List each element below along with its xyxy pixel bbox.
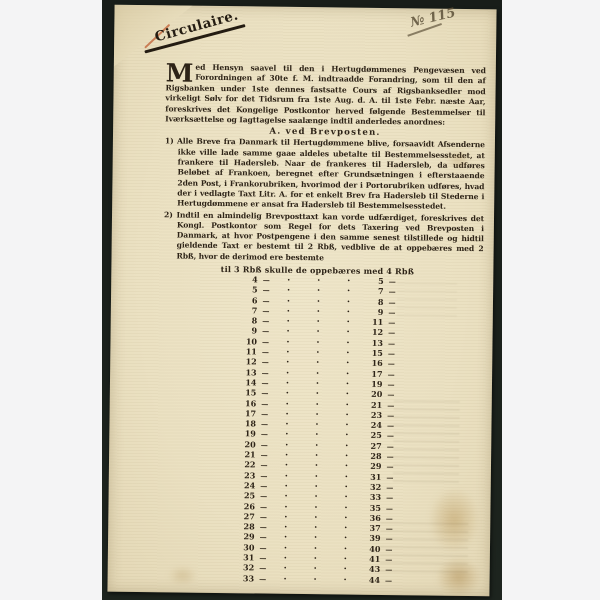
leader-dot: · <box>331 535 361 545</box>
intro-paragraph: Med Hensyn saavel til den i Hertugdømmen… <box>165 62 486 128</box>
leader-dot: · <box>300 545 330 555</box>
new-rate: 28 <box>362 452 382 462</box>
new-rate: 40 <box>360 544 380 554</box>
dash: — <box>254 564 270 573</box>
leader-dot: · <box>334 288 364 298</box>
leader-dot: · <box>273 328 303 338</box>
leader-dot: · <box>333 349 363 359</box>
new-rate: 33 <box>361 493 381 503</box>
leader-dot: · <box>270 565 300 575</box>
old-rate: 16 <box>239 399 256 409</box>
dash: — <box>383 318 399 327</box>
leader-dot: · <box>271 513 301 523</box>
leader-dot: · <box>304 287 334 297</box>
old-rate: 18 <box>239 419 256 429</box>
leader-dot: · <box>272 380 302 390</box>
dash: — <box>256 430 272 439</box>
leader-dot: · <box>273 318 303 328</box>
leader-dot: · <box>272 411 302 421</box>
old-rate: 6 <box>240 296 257 306</box>
dash: — <box>256 420 272 429</box>
new-rate: 17 <box>363 369 383 379</box>
new-rate: 32 <box>361 483 381 493</box>
dash: — <box>383 370 399 379</box>
dash: — <box>381 493 397 502</box>
dash: — <box>382 380 398 389</box>
dash: — <box>255 523 271 532</box>
dash: — <box>257 358 273 367</box>
dash: — <box>256 440 272 449</box>
leader-dot: · <box>302 380 332 390</box>
dash: — <box>382 411 398 420</box>
dash: — <box>382 401 398 410</box>
dash: — <box>383 359 399 368</box>
leader-dot: · <box>271 503 301 513</box>
new-rate: 24 <box>362 421 382 431</box>
dash: — <box>383 349 399 358</box>
dash: — <box>255 492 271 501</box>
leader-dot: · <box>333 370 363 380</box>
dash: — <box>257 296 273 305</box>
old-rate: 14 <box>239 378 256 388</box>
dash: — <box>254 553 270 562</box>
dash: — <box>381 473 397 482</box>
dash: — <box>255 471 271 480</box>
leader-dot: · <box>301 493 331 503</box>
leader-dot: · <box>274 287 304 297</box>
old-rate: 13 <box>240 368 257 378</box>
leader-dot: · <box>301 483 331 493</box>
leader-dot: · <box>303 298 333 308</box>
old-rate: 31 <box>237 553 254 563</box>
new-rate: 35 <box>361 503 381 513</box>
leader-dot: · <box>273 308 303 318</box>
dash: — <box>383 308 399 317</box>
leader-dot: · <box>301 524 331 534</box>
leader-dot: · <box>331 524 361 534</box>
leader-dot: · <box>303 370 333 380</box>
new-rate: 16 <box>363 359 383 369</box>
new-rate: 13 <box>363 339 383 349</box>
new-rate: 9 <box>363 308 383 318</box>
leader-dot: · <box>271 524 301 534</box>
dash: — <box>383 328 399 337</box>
leader-dot: · <box>303 318 333 328</box>
leader-dot: · <box>300 565 330 575</box>
old-rate: 19 <box>239 430 256 440</box>
handwritten-number: № 115 <box>409 6 458 34</box>
dash: — <box>380 555 396 564</box>
leader-dot: · <box>273 349 303 359</box>
leader-dot: · <box>330 545 360 555</box>
dash: — <box>381 524 397 533</box>
leader-dot: · <box>302 421 332 431</box>
old-rate: 15 <box>239 389 256 399</box>
dash: — <box>381 504 397 513</box>
old-rate: 32 <box>237 564 254 574</box>
new-rate: 21 <box>362 400 382 410</box>
leader-dot: · <box>301 462 331 472</box>
intro-text: ed Hensyn saavel til den i Hertugdømmene… <box>165 63 486 127</box>
dash: — <box>382 421 398 430</box>
old-rate: 23 <box>238 471 255 481</box>
item-text: Indtil en almindelig Brevposttaxt kan vo… <box>176 210 484 262</box>
leader-dot: · <box>302 442 332 452</box>
old-rate: 28 <box>238 522 255 532</box>
dash: — <box>255 533 271 542</box>
dash: — <box>254 543 270 552</box>
dash: — <box>257 317 273 326</box>
leader-dot: · <box>272 441 302 451</box>
leader-dot: · <box>301 504 331 514</box>
dash: — <box>381 514 397 523</box>
leader-dot: · <box>273 297 303 307</box>
old-rate: 33 <box>237 574 254 584</box>
document-photo: Circulaire. № 115 Med Hensyn saavel til … <box>102 0 502 600</box>
leader-dot: · <box>270 555 300 565</box>
new-rate: 8 <box>363 297 383 307</box>
leader-dot: · <box>303 349 333 359</box>
dash: — <box>380 545 396 554</box>
new-rate: 15 <box>363 349 383 359</box>
old-rate: 20 <box>239 440 256 450</box>
new-rate: 7 <box>364 287 384 297</box>
old-rate: 5 <box>241 286 258 296</box>
old-rate: 27 <box>238 512 255 522</box>
leader-dot: · <box>302 431 332 441</box>
new-rate: 25 <box>362 431 382 441</box>
old-rate: 17 <box>239 409 256 419</box>
leader-dot: · <box>270 575 300 585</box>
dash: — <box>382 452 398 461</box>
leader-dot: · <box>271 493 301 503</box>
leader-dot: · <box>301 473 331 483</box>
dash: — <box>383 298 399 307</box>
leader-dot: · <box>270 544 300 554</box>
leader-dot: · <box>330 555 360 565</box>
dash: — <box>381 462 397 471</box>
old-rate: 4 <box>241 275 258 285</box>
leader-dot: · <box>272 400 302 410</box>
dash: — <box>255 481 271 490</box>
dash: — <box>257 337 273 346</box>
dash: — <box>384 277 400 286</box>
leader-dot: · <box>332 380 362 390</box>
dash: — <box>255 502 271 511</box>
old-rate: 7 <box>240 306 257 316</box>
dash: — <box>258 286 274 295</box>
new-rate: 27 <box>362 441 382 451</box>
item-number: 1) <box>165 137 174 146</box>
leader-dot: · <box>331 494 361 504</box>
leader-dot: · <box>333 319 363 329</box>
dash: — <box>257 368 273 377</box>
old-rate: 30 <box>237 543 254 553</box>
new-rate: 23 <box>362 411 382 421</box>
leader-dot: · <box>300 555 330 565</box>
dash: — <box>258 275 274 284</box>
leader-dot: · <box>302 411 332 421</box>
new-rate: 12 <box>363 328 383 338</box>
leader-dot: · <box>273 359 303 369</box>
leader-dot: · <box>331 514 361 524</box>
old-rate: 29 <box>238 533 255 543</box>
leader-dot: · <box>304 277 334 287</box>
leader-dot: · <box>334 277 364 287</box>
leader-dot: · <box>331 483 361 493</box>
new-rate: 31 <box>361 472 381 482</box>
old-rate: 10 <box>240 337 257 347</box>
new-rate: 19 <box>362 380 382 390</box>
leader-dot: · <box>303 359 333 369</box>
old-rate: 22 <box>238 461 255 471</box>
dash: — <box>381 534 397 543</box>
dash: — <box>256 389 272 398</box>
leader-dot: · <box>333 329 363 339</box>
leader-dot: · <box>330 566 360 576</box>
dash: — <box>255 461 271 470</box>
leader-dot: · <box>301 514 331 524</box>
leader-dot: · <box>272 390 302 400</box>
leader-dot: · <box>330 576 360 586</box>
leader-dot: · <box>272 452 302 462</box>
new-rate: 43 <box>360 565 380 575</box>
dash: — <box>256 399 272 408</box>
leader-dot: · <box>271 534 301 544</box>
leader-dot: · <box>273 369 303 379</box>
old-rate: 26 <box>238 502 255 512</box>
leader-dot: · <box>302 452 332 462</box>
leader-dot: · <box>332 422 362 432</box>
new-rate: 41 <box>360 555 380 565</box>
drop-cap: M <box>166 63 194 82</box>
dash: — <box>381 483 397 492</box>
new-rate: 29 <box>361 462 381 472</box>
dash: — <box>382 442 398 451</box>
leader-dot: · <box>331 463 361 473</box>
dash: — <box>382 431 398 440</box>
dash: — <box>380 576 396 585</box>
leader-dot: · <box>332 401 362 411</box>
leader-dot: · <box>332 442 362 452</box>
old-rate: 11 <box>240 347 257 357</box>
dash: — <box>384 287 400 296</box>
leader-dot: · <box>332 411 362 421</box>
leader-dot: · <box>302 390 332 400</box>
leader-dot: · <box>333 298 363 308</box>
leader-dot: · <box>271 472 301 482</box>
old-rate: 24 <box>238 481 255 491</box>
leader-dot: · <box>333 339 363 349</box>
leader-dot: · <box>333 360 363 370</box>
new-rate: 39 <box>361 534 381 544</box>
dash: — <box>254 574 270 583</box>
document-body: Med Hensyn saavel til den i Hertugdømmen… <box>160 62 486 587</box>
item-number: 2) <box>164 210 173 219</box>
leader-dot: · <box>302 401 332 411</box>
item-text: Alle Breve fra Danmark til Hertugdømmene… <box>177 137 485 211</box>
leader-dot: · <box>303 329 333 339</box>
new-rate: 20 <box>362 390 382 400</box>
leader-dot: · <box>332 452 362 462</box>
leader-dot: · <box>332 391 362 401</box>
dash: — <box>380 565 396 574</box>
dash: — <box>257 348 273 357</box>
dash: — <box>257 327 273 336</box>
rate-table: 4—···5—5—···7—6—···8—7—···9—8—···11—9—··… <box>154 274 484 587</box>
leader-dot: · <box>303 339 333 349</box>
leader-dot: · <box>271 483 301 493</box>
old-rate: 9 <box>240 327 257 337</box>
leader-dot: · <box>274 277 304 287</box>
leader-dot: · <box>272 431 302 441</box>
leader-dot: · <box>272 421 302 431</box>
leader-dot: · <box>331 473 361 483</box>
leader-dot: · <box>333 308 363 318</box>
numbered-item-2: 2) Indtil en almindelig Brevposttaxt kan… <box>163 210 484 265</box>
leader-dot: · <box>332 432 362 442</box>
new-rate: 11 <box>363 318 383 328</box>
dash: — <box>256 450 272 459</box>
leader-dot: · <box>303 308 333 318</box>
old-rate: 12 <box>240 358 257 368</box>
dash: — <box>382 390 398 399</box>
paper-sheet: Circulaire. № 115 Med Hensyn saavel til … <box>107 5 496 597</box>
leader-dot: · <box>301 534 331 544</box>
leader-dot: · <box>271 462 301 472</box>
dash: — <box>383 339 399 348</box>
old-rate: 21 <box>239 450 256 460</box>
new-rate: 5 <box>364 277 384 287</box>
old-rate: 8 <box>240 316 257 326</box>
new-rate: 37 <box>361 524 381 534</box>
dash: — <box>256 409 272 418</box>
leader-dot: · <box>331 504 361 514</box>
leader-dot: · <box>273 338 303 348</box>
dash: — <box>255 512 271 521</box>
new-rate: 36 <box>361 514 381 524</box>
dash: — <box>256 378 272 387</box>
numbered-item-1: 1) Alle Breve fra Danmark til Hertugdømm… <box>164 137 485 213</box>
leader-dot: · <box>300 576 330 586</box>
new-rate: 44 <box>360 575 380 585</box>
old-rate: 25 <box>238 491 255 501</box>
dash: — <box>257 306 273 315</box>
